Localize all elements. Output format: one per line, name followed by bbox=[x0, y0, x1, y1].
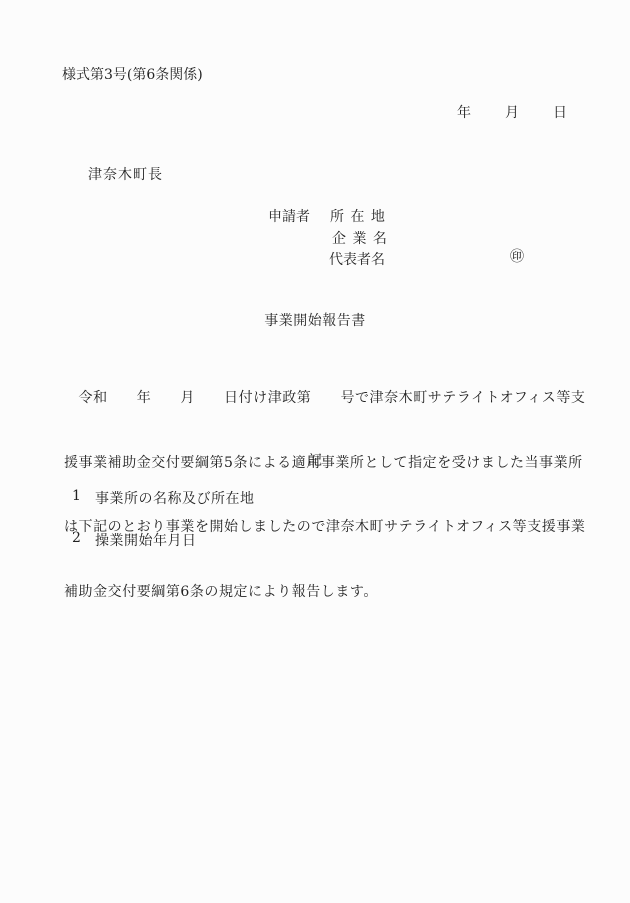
item-label: 事業所の名称及び所在地 bbox=[95, 488, 255, 508]
document-page: 様式第3号(第6条関係) 年 月 日 津奈木町長 申請者 所 在 地 企 業 名… bbox=[0, 0, 630, 903]
item-number: 2 bbox=[72, 530, 79, 550]
item-label: 操業開始年月日 bbox=[95, 530, 197, 550]
addressee: 津奈木町長 bbox=[88, 164, 163, 184]
record-marker: 記 bbox=[0, 450, 630, 470]
item-number: 1 bbox=[72, 488, 79, 508]
applicant-field-company: 企 業 名 bbox=[332, 228, 388, 248]
document-title: 事業開始報告書 bbox=[0, 310, 630, 330]
body-line: 補助金交付要綱第6条の規定により報告します。 bbox=[64, 582, 596, 604]
form-number: 様式第3号(第6条関係) bbox=[62, 64, 203, 84]
applicant-field-address: 所 在 地 bbox=[330, 206, 386, 226]
seal-mark-icon: ㊞ bbox=[510, 246, 524, 266]
date-line: 年 月 日 bbox=[457, 102, 569, 122]
list-item: 1 事業所の名称及び所在地 bbox=[72, 488, 255, 508]
body-line: 令和 年 月 日付け津政第 号で津奈木町サテライトオフィス等支 bbox=[64, 388, 596, 410]
applicant-field-representative: 代表者名 bbox=[329, 249, 385, 269]
list-item: 2 操業開始年月日 bbox=[72, 530, 197, 550]
applicant-label: 申請者 bbox=[268, 206, 310, 226]
